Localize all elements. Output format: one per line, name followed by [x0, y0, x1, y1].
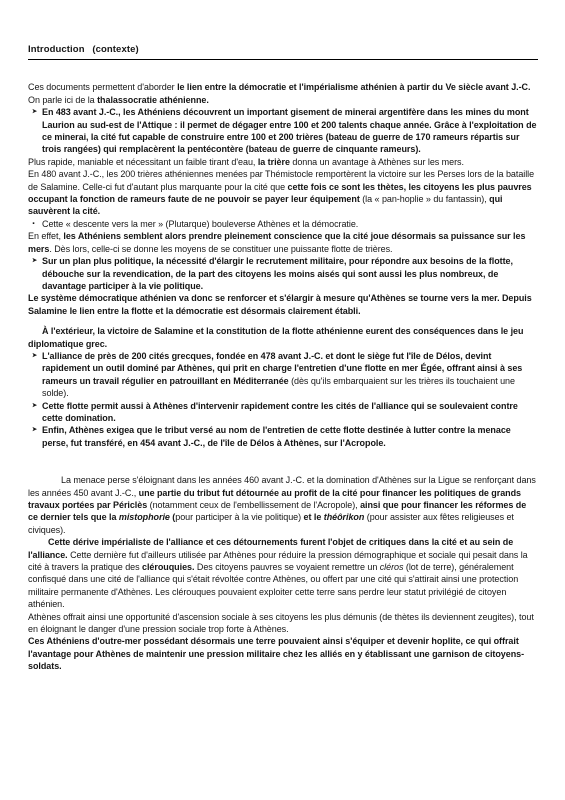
text-run: clérouquies.: [142, 562, 197, 572]
text-run: Ces Athéniens d'outre-mer possédant déso…: [28, 636, 524, 671]
text-run: Cette « descente vers la mer » (Plutarqu…: [42, 219, 358, 229]
paragraph: En effet, les Athéniens semblent alors p…: [28, 230, 538, 255]
paragraph: La menace perse s'éloignant dans les ann…: [28, 474, 538, 536]
text-run: pour participer à la vie politique): [175, 512, 303, 522]
text-run: Le système démocratique athénien va donc…: [28, 293, 532, 315]
text-run: donna un avantage à Athènes sur les mers…: [292, 157, 464, 167]
bullet-item: ➤En 483 avant J.-C., les Athéniens décou…: [32, 106, 538, 156]
text-run: Des citoyens pauvres se voyaient remettr…: [197, 562, 380, 572]
text-run: Enfin, Athènes exigea que le tribut vers…: [42, 425, 511, 447]
paragraph: Ces documents permettent d'aborder le li…: [28, 81, 538, 106]
text-run: et le: [304, 512, 324, 522]
paragraph: À l'extérieur, la victoire de Salamine e…: [28, 325, 538, 350]
text-run: En 483 avant J.-C., les Athéniens découv…: [42, 107, 536, 154]
text-run: À l'extérieur, la victoire de Salamine e…: [28, 326, 523, 348]
text-run: cléros: [380, 562, 406, 572]
document: Introduction (contexte) Ces documents pe…: [28, 44, 538, 673]
text-run: la trière: [258, 157, 293, 167]
text-run: le lien entre la démocratie et l'impéria…: [177, 82, 530, 92]
text-run: On parle ici de la: [28, 95, 97, 105]
arrow-bullet-icon: ➤: [32, 400, 37, 412]
document-page: Introduction (contexte) Ces documents pe…: [0, 0, 565, 800]
text-run: En effet,: [28, 231, 63, 241]
text-run: Cette flotte permit aussi à Athènes d'in…: [42, 401, 518, 423]
text-run: mistophorie: [119, 512, 172, 522]
text-run: Athènes offrait ainsi une opportunité d'…: [28, 612, 534, 634]
text-run: thalassocratie athénienne.: [97, 95, 209, 105]
title-divider: [28, 59, 538, 60]
text-run: Plus rapide, maniable et nécessitant un …: [28, 157, 258, 167]
paragraph: Cette dérive impérialiste de l'alliance …: [28, 536, 538, 610]
paragraph: Plus rapide, maniable et nécessitant un …: [28, 156, 538, 168]
arrow-bullet-icon: ➤: [32, 424, 37, 436]
dot-bullet-icon: ·: [32, 218, 36, 230]
bullet-item: ·Cette « descente vers la mer » (Plutarq…: [32, 218, 538, 230]
arrow-bullet-icon: ➤: [32, 350, 37, 362]
paragraph: En 480 avant J.-C., les 200 trières athé…: [28, 168, 538, 218]
document-body: Ces documents permettent d'aborder le li…: [28, 81, 538, 672]
paragraph: Le système démocratique athénien va donc…: [28, 292, 538, 317]
bullet-item: ➤Cette flotte permit aussi à Athènes d'i…: [32, 400, 538, 425]
paragraph: Ces Athéniens d'outre-mer possédant déso…: [28, 635, 538, 672]
bullet-item: ➤Enfin, Athènes exigea que le tribut ver…: [32, 424, 538, 449]
document-title: Introduction (contexte): [28, 44, 538, 56]
text-run: . Dès lors, celle-ci se donne les moyens…: [49, 244, 392, 254]
text-run: Sur un plan plus politique, la nécessité…: [42, 256, 513, 291]
text-run: théôrikon: [324, 512, 367, 522]
text-run: (la « pan-hoplie » du fantassin),: [362, 194, 489, 204]
text-run: (notamment ceux de l'embellissement de l…: [150, 500, 360, 510]
paragraph: Athènes offrait ainsi une opportunité d'…: [28, 611, 538, 636]
bullet-item: ➤L'alliance de près de 200 cités grecque…: [32, 350, 538, 400]
text-run: Ces documents permettent d'aborder: [28, 82, 177, 92]
arrow-bullet-icon: ➤: [32, 255, 37, 267]
arrow-bullet-icon: ➤: [32, 106, 37, 118]
bullet-item: ➤Sur un plan plus politique, la nécessit…: [32, 255, 538, 292]
